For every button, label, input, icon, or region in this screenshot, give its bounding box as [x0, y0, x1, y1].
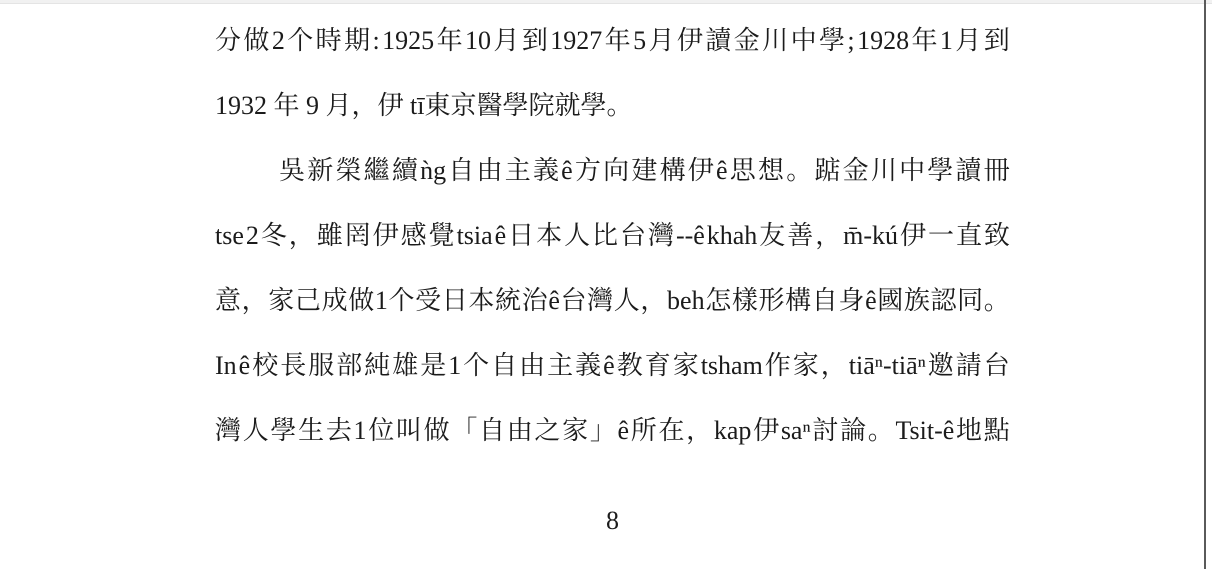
text-line: tse2冬，雖罔伊感覺tsiaê日本人比台灣--êkhah友善，m̄-kú伊一直… [215, 203, 1010, 268]
text-line: 意，家己成做1个受日本統治ê台灣人，beh怎樣形構自身ê國族認同。 [215, 268, 1010, 333]
text-line: 吳新榮繼續ǹg自由主義ê方向建構伊ê思想。踮金川中學讀冊 [215, 138, 1010, 203]
text-line: Inê校長服部純雄是1个自由主義ê教育家tsham作家，tiāⁿ-tiāⁿ邀請台 [215, 333, 1010, 398]
document-page: 分做2个時期:1925年10月到1927年5月伊讀金川中學;1928年1月到 1… [0, 0, 1212, 569]
document-body: 分做2个時期:1925年10月到1927年5月伊讀金川中學;1928年1月到 1… [215, 8, 1010, 463]
window-right-border [1204, 0, 1206, 569]
text-line: 灣人學生去1位叫做「自由之家」ê所在，kap伊saⁿ討論。Tsit-ê地點 [215, 398, 1010, 463]
page-number: 8 [215, 488, 1010, 553]
text-line: 1932 年 9 月，伊 tī東京醫學院就學。 [215, 73, 1010, 138]
window-top-edge [0, 0, 1212, 4]
text-line: 分做2个時期:1925年10月到1927年5月伊讀金川中學;1928年1月到 [215, 8, 1010, 73]
